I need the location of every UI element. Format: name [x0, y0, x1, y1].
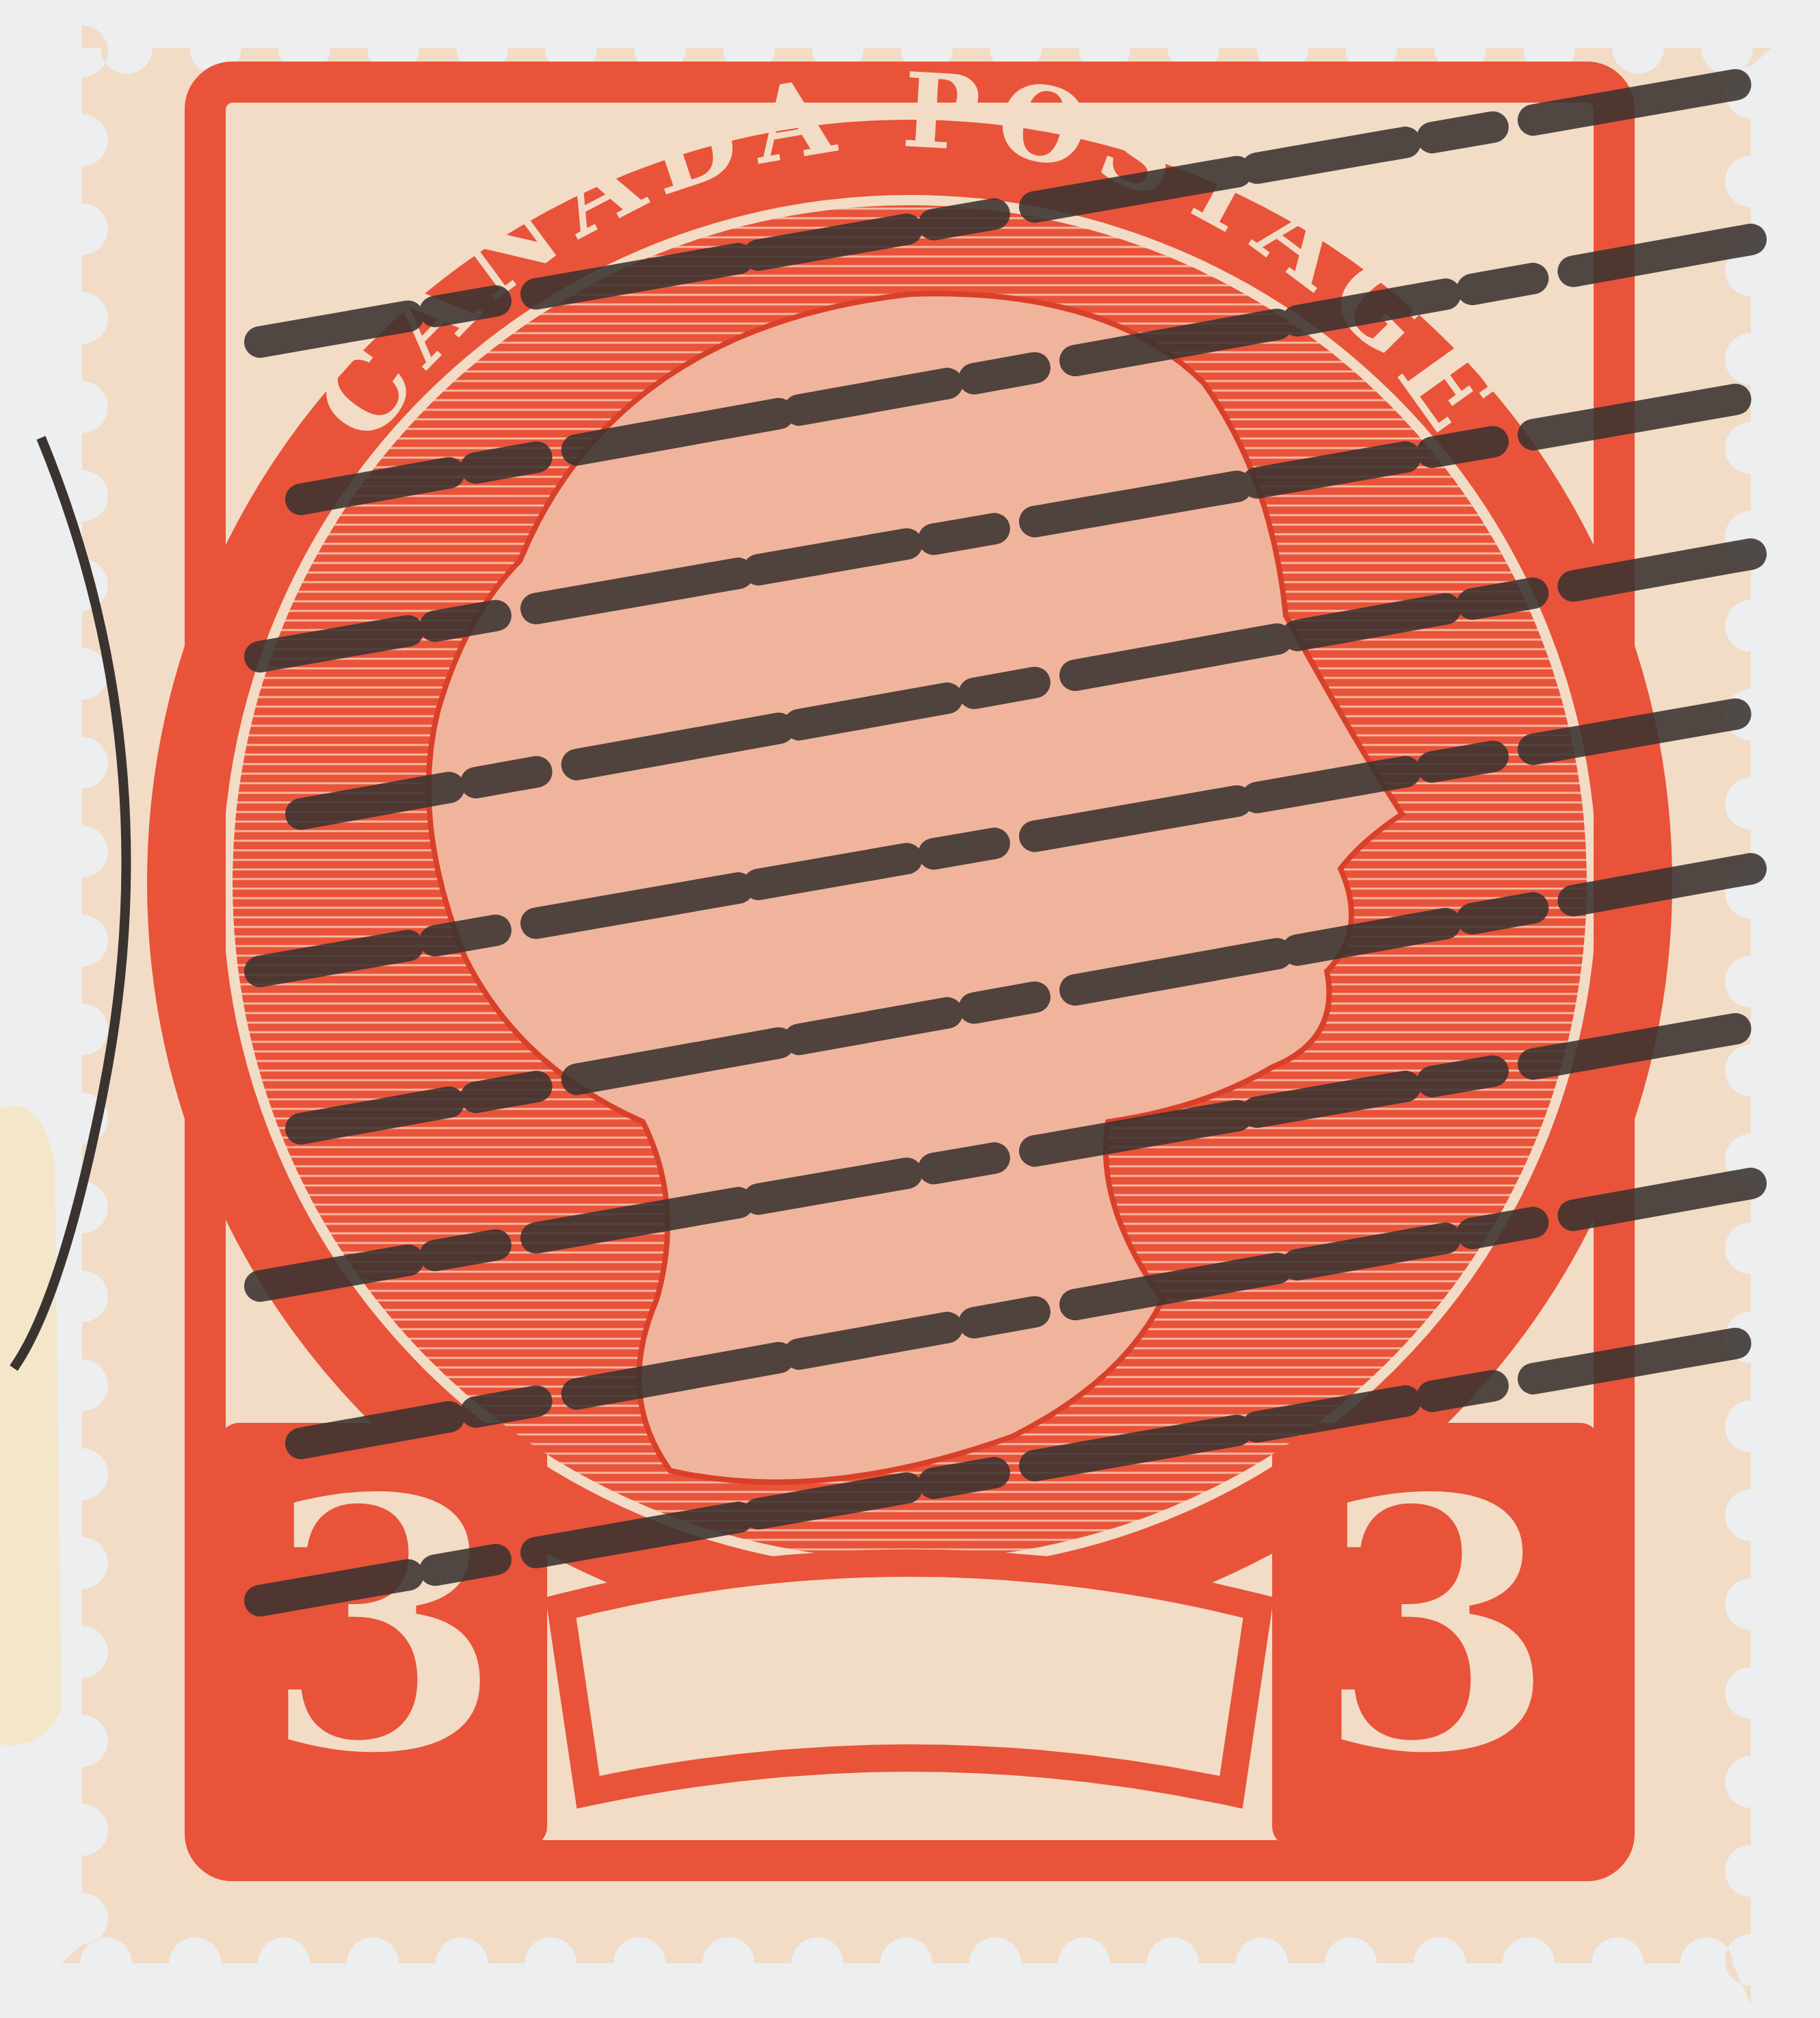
- adjacent-stamp-fragment: [0, 1106, 62, 1746]
- stamp-illustration: CANADA POSTAGE 3 3 CENTS: [0, 0, 1820, 2018]
- stamp-photo: CANADA POSTAGE 3 3 CENTS: [0, 0, 1820, 2018]
- denomination-unit: CENTS: [663, 1622, 1156, 1759]
- denomination-right: 3: [1313, 1417, 1560, 1835]
- denomination-left: 3: [259, 1417, 507, 1835]
